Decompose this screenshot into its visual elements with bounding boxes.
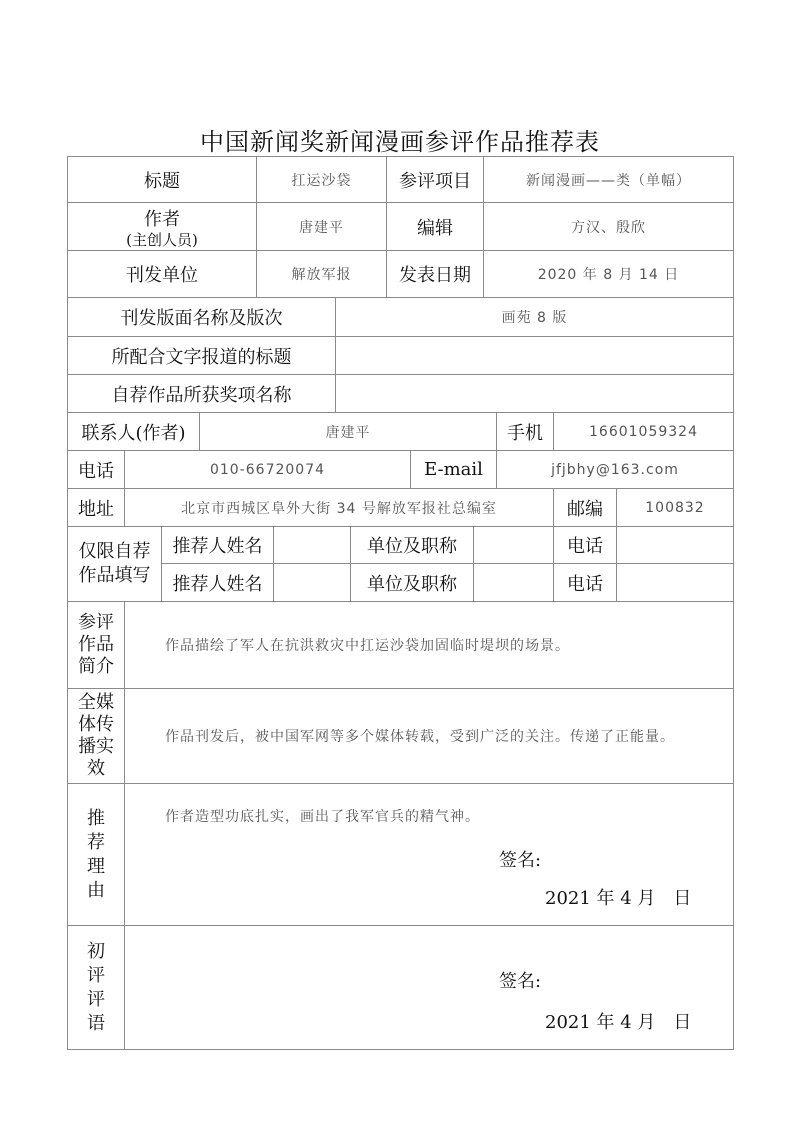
recommender-name-label: 推荐人姓名 [161,563,274,602]
author-sublabel: (主创人员) [126,231,198,249]
mobile-label: 手机 [496,412,554,451]
effect-value[interactable]: 作品刊发后，被中国军网等多个媒体转载，受到广泛的关注。传递了正能量。 [124,688,734,784]
page-section-label: 刊发版面名称及版次 [67,297,336,337]
publisher-label: 刊发单位 [67,250,257,298]
category-value[interactable]: 新闻漫画——类（单幅） [483,156,734,203]
email-value[interactable]: jfjbhy@163.com [496,450,734,489]
reason-date: 2021 年 4 月 日 [545,884,691,910]
recommender-phone-label: 电话 [553,526,617,564]
recommender-phone-value[interactable] [616,526,734,564]
recommender-phone-value[interactable] [616,563,734,602]
summary-label: 参评 作品 简介 [67,601,125,689]
effect-label: 全媒 体传 播实 效 [67,688,125,784]
page-title: 中国新闻奖新闻漫画参评作品推荐表 [0,122,800,157]
title-value[interactable]: 扛运沙袋 [256,156,387,203]
reason-value: 作者造型功底扎实，画出了我军官兵的精气神。 [165,806,480,826]
address-label: 地址 [67,488,125,527]
initial-review-box[interactable]: 签名: 2021 年 4 月 日 [124,925,734,1050]
related-report-value[interactable] [335,336,734,375]
awards-value[interactable] [335,374,734,413]
recommender-unit-value[interactable] [473,563,554,602]
recommender-unit-value[interactable] [473,526,554,564]
recommender-name-value[interactable] [273,563,351,602]
self-recommend-label: 仅限自荐作品填写 [67,526,162,602]
recommender-phone-label: 电话 [553,563,617,602]
contact-value[interactable]: 唐建平 [199,412,497,451]
author-label: 作者 [144,205,180,231]
awards-label: 自荐作品所获奖项名称 [67,374,336,413]
phone-value[interactable]: 010-66720074 [124,450,411,489]
publisher-value[interactable]: 解放军报 [256,250,387,298]
recommender-unit-label: 单位及职称 [350,526,474,564]
phone-label: 电话 [67,450,125,489]
recommender-unit-label: 单位及职称 [350,563,474,602]
contact-label: 联系人(作者) [67,412,200,451]
editor-label: 编辑 [386,202,484,251]
author-value[interactable]: 唐建平 [256,202,387,251]
email-label: E-mail [410,450,497,489]
reason-signature-label: 签名: [499,846,541,872]
editor-value[interactable]: 方汉、殷欣 [483,202,734,251]
recommender-name-value[interactable] [273,526,351,564]
title-label: 标题 [67,156,257,203]
zip-value[interactable]: 100832 [616,488,734,527]
date-label: 发表日期 [386,250,484,298]
initial-review-date: 2021 年 4 月 日 [545,1008,691,1034]
initial-review-label: 初 评 评 语 [67,925,125,1050]
reason-box[interactable]: 作者造型功底扎实，画出了我军官兵的精气神。 签名: 2021 年 4 月 日 [124,783,734,926]
recommender-name-label: 推荐人姓名 [161,526,274,564]
related-report-label: 所配合文字报道的标题 [67,336,336,375]
reason-label: 推 荐 理 由 [67,783,125,926]
initial-review-signature-label: 签名: [499,967,541,993]
category-label: 参评项目 [386,156,484,203]
page-section-value[interactable]: 画苑 8 版 [335,297,734,337]
author-label-cell: 作者 (主创人员) [67,202,257,251]
summary-value[interactable]: 作品描绘了军人在抗洪救灾中扛运沙袋加固临时堤坝的场景。 [124,601,734,689]
zip-label: 邮编 [553,488,617,527]
date-value[interactable]: 2020 年 8 月 14 日 [483,250,734,298]
address-value[interactable]: 北京市西城区阜外大街 34 号解放军报社总编室 [124,488,554,527]
mobile-value[interactable]: 16601059324 [553,412,734,451]
